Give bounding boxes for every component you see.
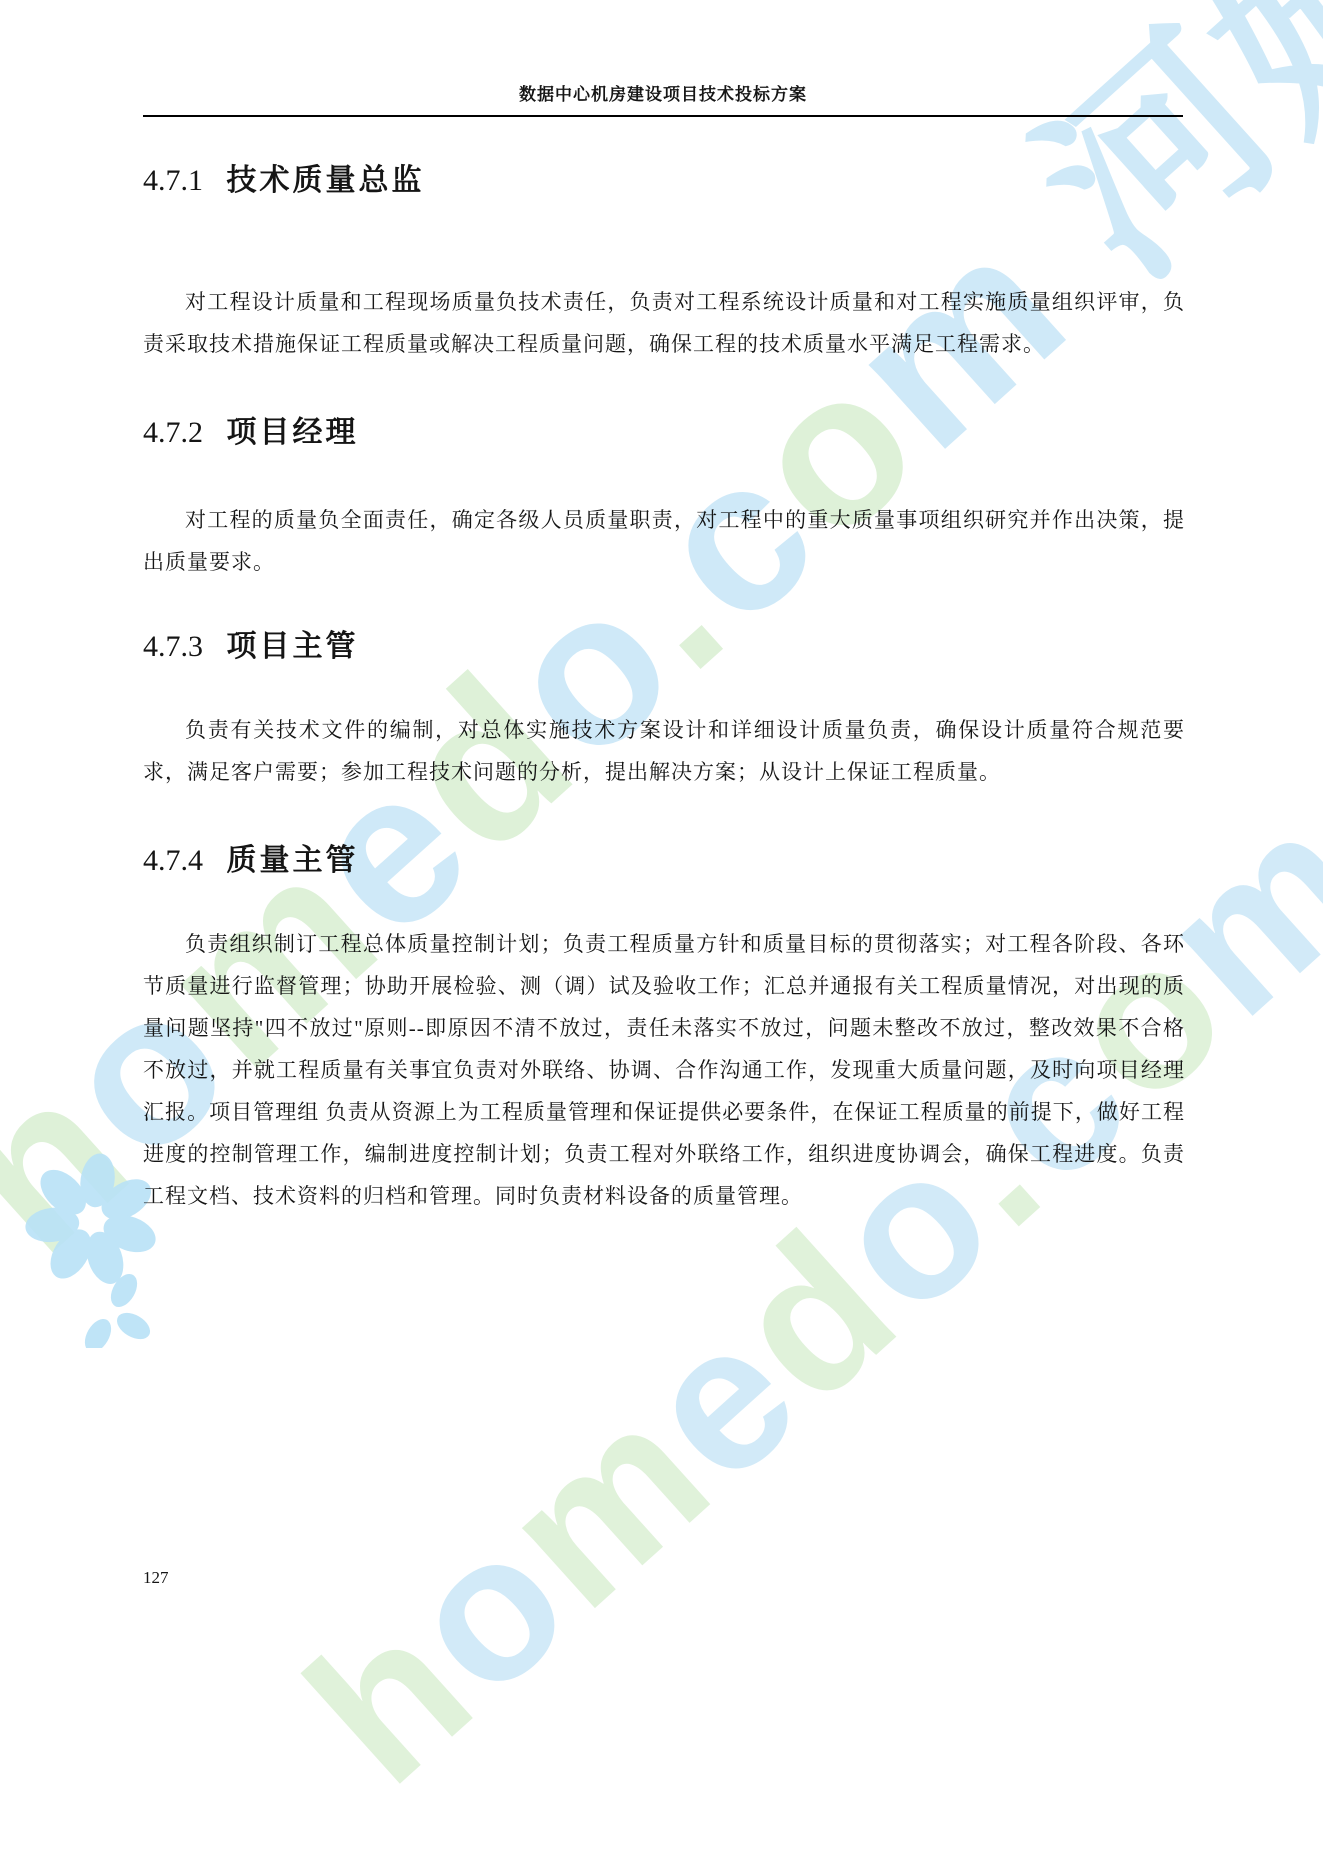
page-header: 数据中心机房建设项目技术投标方案 (143, 84, 1183, 117)
section-4-7-3: 4.7.3 项目主管 负责有关技术文件的编制，对总体实施技术方案设计和详细设计质… (143, 627, 1185, 793)
section-body-text: 对工程设计质量和工程现场质量负技术责任，负责对工程系统设计质量和对工程实施质量组… (143, 281, 1185, 365)
section-body-text: 负责有关技术文件的编制，对总体实施技术方案设计和详细设计质量负责，确保设计质量符… (143, 709, 1185, 793)
section-heading: 4.7.4 质量主管 (143, 841, 1185, 881)
page-number: 127 (143, 1568, 169, 1588)
section-heading: 4.7.2 项目经理 (143, 413, 1185, 453)
page-header-title: 数据中心机房建设项目技术投标方案 (143, 84, 1183, 106)
section-heading: 4.7.1 技术质量总监 (143, 161, 1185, 201)
header-divider (143, 115, 1183, 117)
section-number: 4.7.2 (143, 416, 203, 449)
section-number: 4.7.3 (143, 630, 203, 663)
section-heading: 4.7.3 项目主管 (143, 627, 1185, 667)
document-page: homedo.com 河姆渡 homedo.com 河姆渡 数据中心机房建设项目… (0, 0, 1323, 1871)
section-4-7-1: 4.7.1 技术质量总监 对工程设计质量和工程现场质量负技术责任，负责对工程系统… (143, 161, 1185, 365)
section-number: 4.7.1 (143, 164, 203, 197)
section-body-text: 对工程的质量负全面责任，确定各级人员质量职责，对工程中的重大质量事项组织研究并作… (143, 499, 1185, 583)
document-body: 4.7.1 技术质量总监 对工程设计质量和工程现场质量负技术责任，负责对工程系统… (143, 161, 1185, 1217)
section-title: 项目经理 (227, 416, 359, 449)
section-title: 技术质量总监 (227, 164, 425, 197)
section-title: 项目主管 (227, 630, 359, 663)
section-title: 质量主管 (227, 844, 359, 877)
section-4-7-4: 4.7.4 质量主管 负责组织制订工程总体质量控制计划；负责工程质量方针和质量目… (143, 841, 1185, 1217)
section-number: 4.7.4 (143, 844, 203, 877)
section-4-7-2: 4.7.2 项目经理 对工程的质量负全面责任，确定各级人员质量职责，对工程中的重… (143, 413, 1185, 583)
section-body-text: 负责组织制订工程总体质量控制计划；负责工程质量方针和质量目标的贯彻落实；对工程各… (143, 923, 1185, 1217)
